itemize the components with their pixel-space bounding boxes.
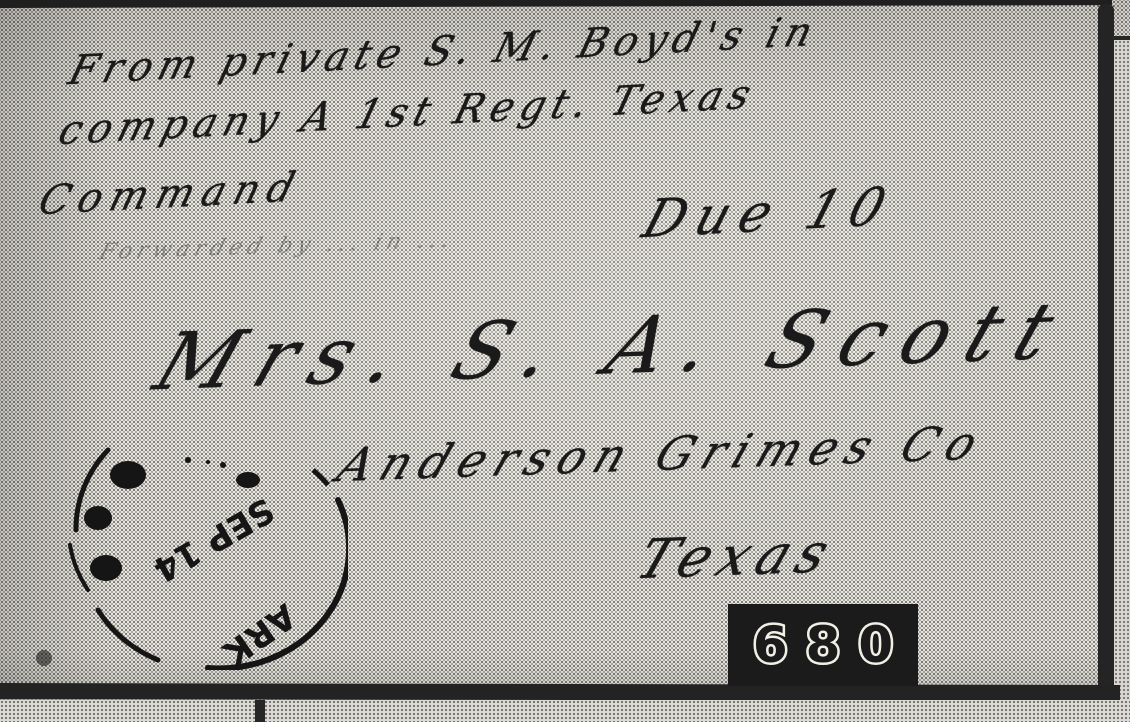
postal-cover-image: From private S. M. Boyd's in company A 1…	[0, 0, 1130, 722]
frame-right-border	[1098, 4, 1114, 722]
ink-smudge	[36, 650, 52, 666]
adjacent-cover-strip	[1114, 40, 1130, 722]
lot-number: 680	[753, 616, 911, 674]
postmark-graphic: SEP 14 ARK	[58, 420, 348, 670]
addressee-name: Mrs. S. A. Scott	[143, 286, 1083, 409]
sender-note-line-3: Command	[34, 164, 308, 224]
adjacent-cover-strip-bottom	[0, 700, 1130, 722]
due-rate-marking: Due 10	[636, 176, 903, 250]
circular-postmark: SEP 14 ARK	[58, 420, 348, 670]
postmark-date: SEP 14	[146, 489, 280, 590]
auction-lot-label: 680	[728, 604, 918, 686]
postmark-state: ARK	[214, 595, 303, 670]
frame-bottom-border	[0, 683, 1120, 701]
frame-top-border	[0, 0, 1112, 8]
frame-divider	[255, 700, 265, 722]
addressee-state: Texas	[628, 521, 845, 592]
faint-forwarding-text: Forwarded by ... in ...	[96, 228, 457, 266]
addressee-town-county: Anderson Grimes Co	[330, 415, 994, 492]
